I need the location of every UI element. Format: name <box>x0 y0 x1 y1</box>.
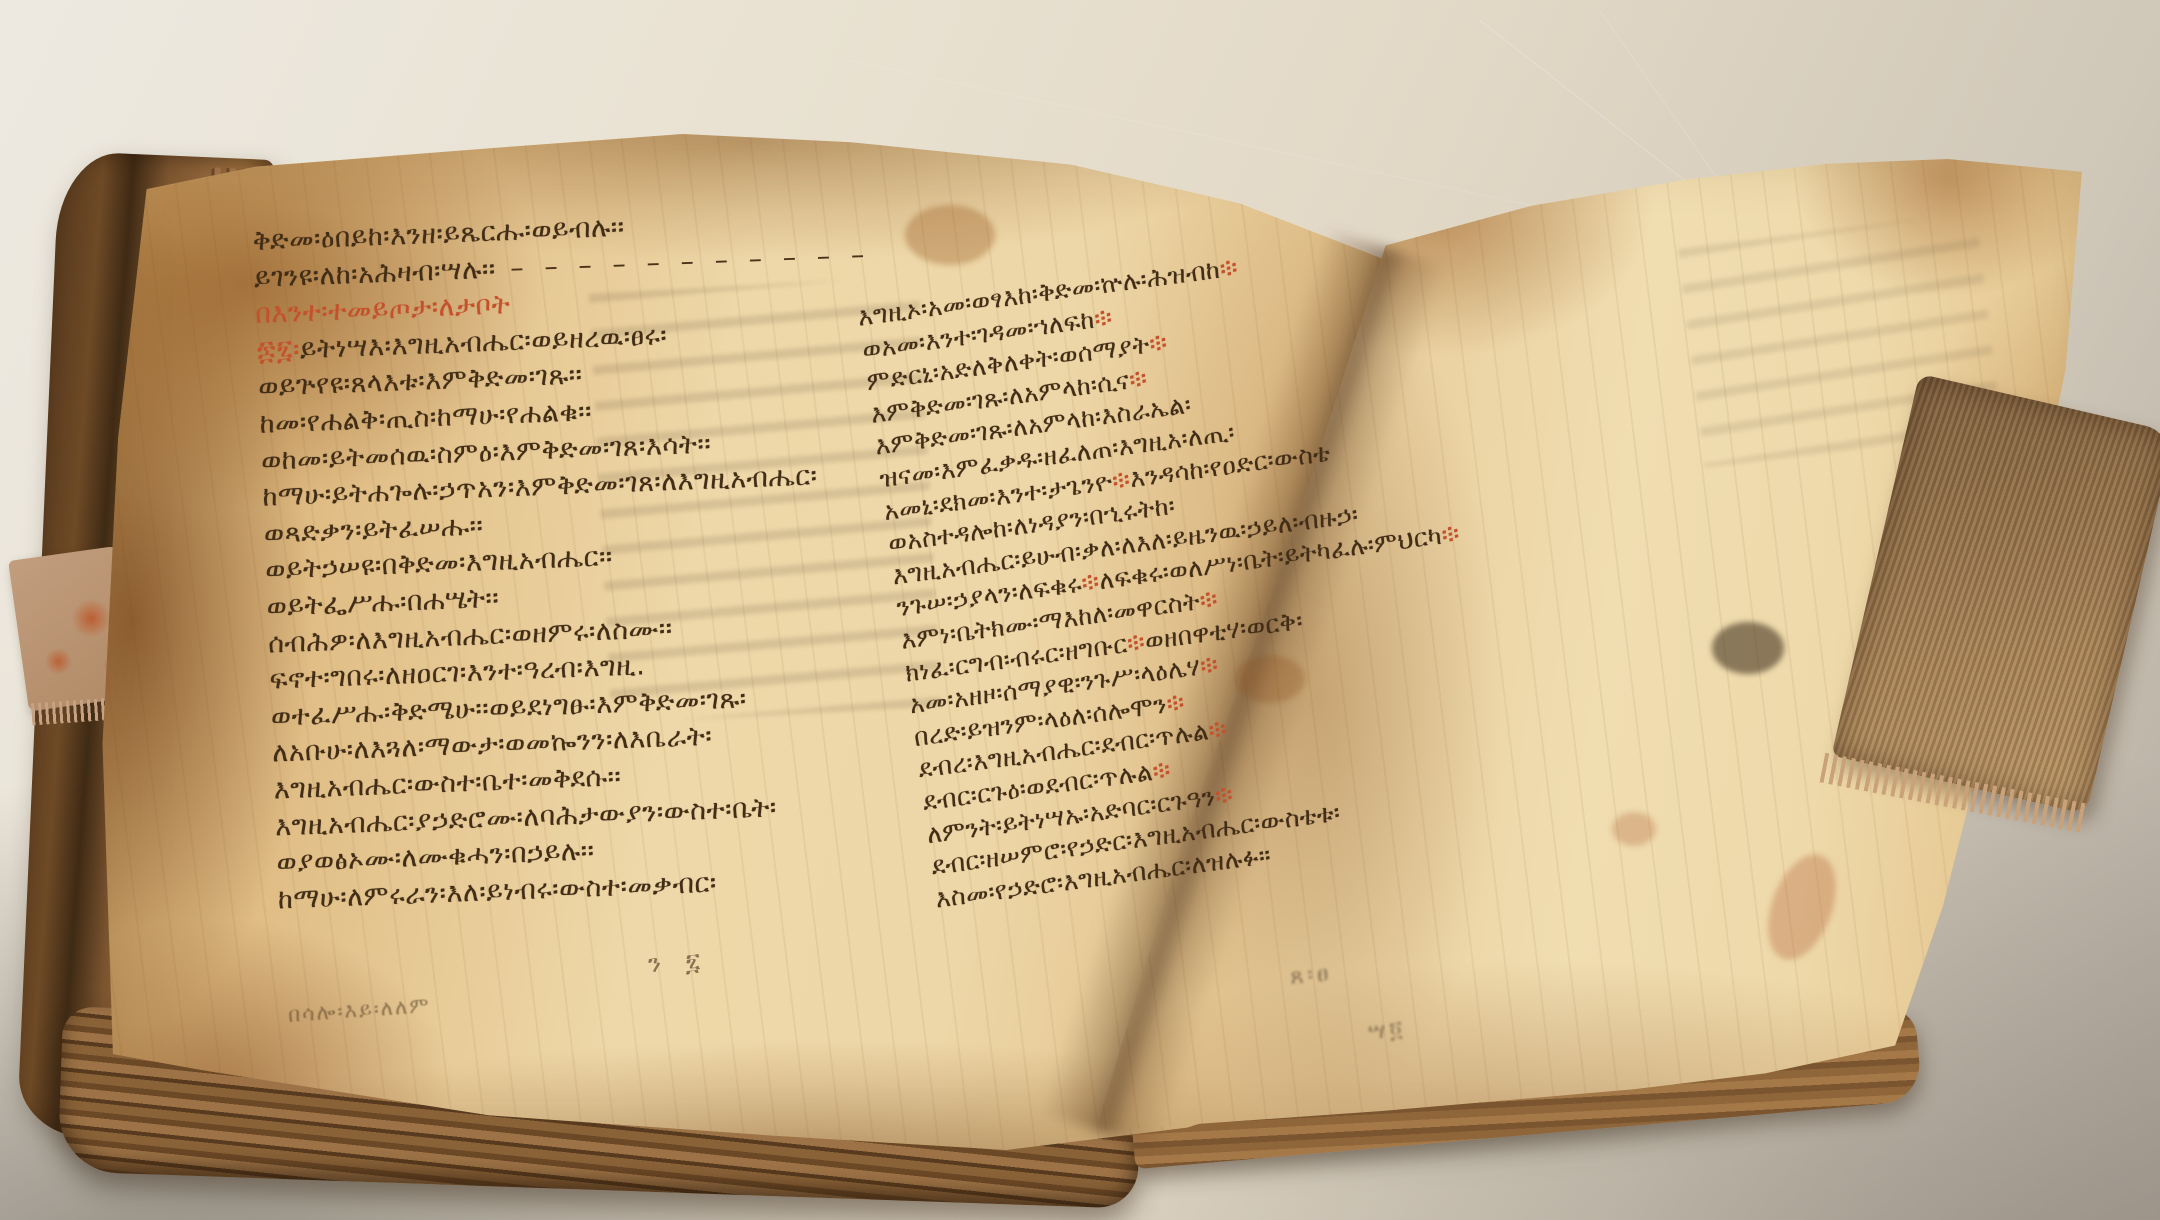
text-run-rubric: ፨ <box>1440 519 1462 550</box>
text-run-rubric: ፨ <box>1207 714 1229 745</box>
right-page-text: እግዚኦ፡አመ፡ወፃእከ፡ቅድመ፡ኵሉ፡ሕዝብከ፨ወአመ፡እንተ፡ገዳመ፡ኀለፍ… <box>856 227 1501 916</box>
rust-smudge <box>1612 812 1656 846</box>
smudged-annotation: ጸ፡ፀ <box>1289 960 1334 990</box>
text-run-ink: ይገንዩ፡ለከ፡አሕዛብ፡ሣሉ፡፡ <box>253 253 496 293</box>
text-run-rubric: ፨ <box>1165 687 1187 718</box>
text-run-rubric: ፨ <box>1147 328 1169 359</box>
text-run-rubric: ፨ <box>1213 779 1235 810</box>
text-run-rubric: ፨ <box>1198 650 1220 681</box>
stain-spot <box>905 205 995 265</box>
text-run-rubric: ፨ <box>1218 252 1240 283</box>
text-run-ink: ወጻድቃን፡ይትፈሠሑ፡፡ <box>263 510 484 549</box>
text-run-rubric: ፷፯፡ <box>256 334 300 367</box>
text-run-rubric: ፨ <box>1151 755 1173 786</box>
catchword-mark: ን ፯ <box>647 947 708 979</box>
text-run-rubric: በእንተ፡ተመይጦታ፡ለታቦት <box>255 289 511 330</box>
text-run-rubric: ፨ <box>1092 302 1114 333</box>
left-page-text: ቅድመ፡ዕበይከ፡እንዘ፡ይጼርሑ፡ወይብሉ፡፡ይገንዩ፡ለከ፡አሕዛብ፡ሣሉ፡… <box>252 200 895 918</box>
text-run-rubric: ፨ <box>1198 584 1220 615</box>
photograph: ቅድመ፡ዕበይከ፡እንዘ፡ይጼርሑ፡ወይብሉ፡፡ይገንዩ፡ለከ፡አሕዛብ፡ሣሉ፡… <box>0 0 2160 1220</box>
text-run-rubric: ፨ <box>1127 363 1149 394</box>
ink-blot <box>1712 622 1784 674</box>
smudged-annotation: ሣ፬ <box>1367 1016 1407 1045</box>
text-run-ink: ወይትፌሥሑ፡በሐሤት፡፡ <box>266 583 500 623</box>
